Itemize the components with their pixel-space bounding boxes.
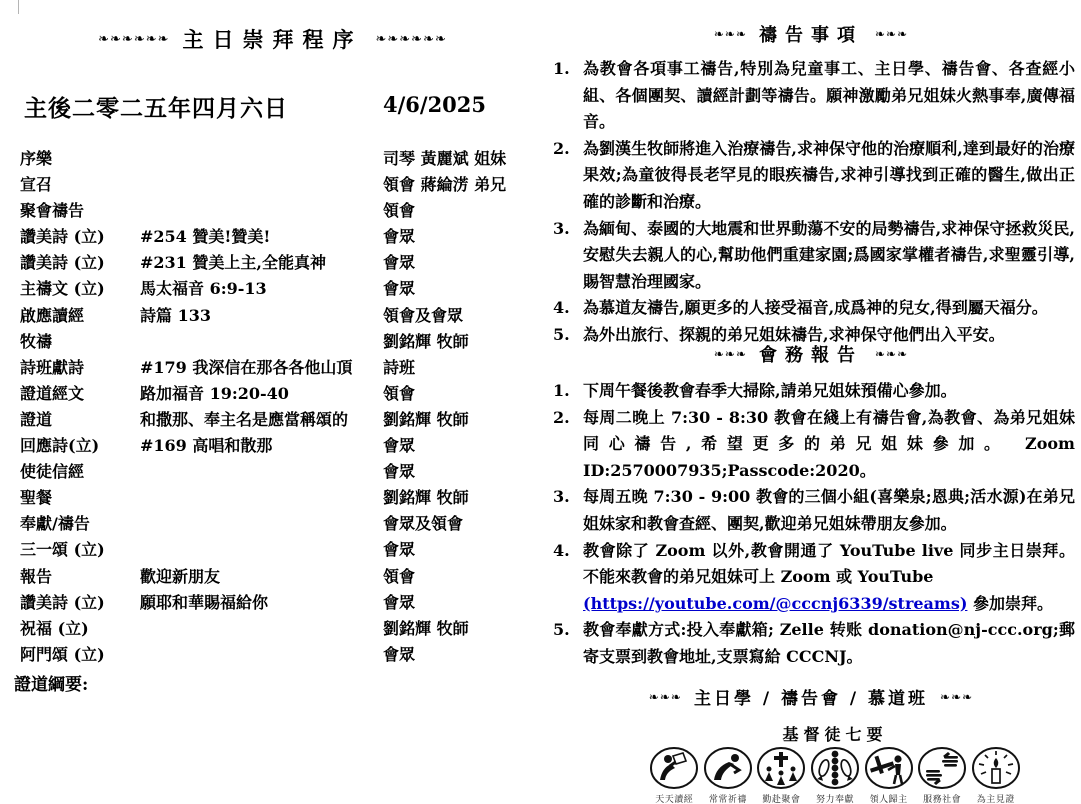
table-row: 詩班獻詩#179 我深信在那各各他山頂詩班 (20, 355, 536, 381)
program-content (140, 485, 383, 511)
program-item: 主禱文 (立) (20, 276, 140, 302)
seven-item: 努力奉獻 (810, 747, 861, 804)
prayer-item-text: 為慕道友禱告,願更多的人接受福音,成爲神的兒女,得到屬天福分。 (583, 298, 1048, 317)
program-who: 會眾 (383, 459, 536, 485)
program-who: 領會 (383, 564, 536, 590)
ornament-right: ❧❧❧ (940, 691, 973, 703)
table-row: 主禱文 (立)馬太福音 6:9-13會眾 (20, 276, 536, 302)
prayer-item-text: 為教會各項事工禱告,特別為兒童事工、主日學、禱告會、各查經小組、各個團契、讀經計… (583, 59, 1075, 131)
program-who: 司琴 黃麗斌 姐妹 (383, 146, 536, 172)
program-content: #169 高唱和散那 (140, 433, 383, 459)
program-content: 詩篇 133 (140, 303, 383, 329)
announcement-item-text: 教會奉獻方式:投入奉獻箱; Zelle 转账 donation@nj-ccc.o… (583, 620, 1075, 666)
seven-item-label: 天天讀經 (655, 792, 693, 804)
program-item: 讚美詩 (立) (20, 590, 140, 616)
seven-item-label: 服務社會 (923, 792, 961, 804)
seven-item-label: 勤赴聚會 (762, 792, 800, 804)
seven-item: 常常祈禱 (703, 747, 754, 804)
program-item: 讚美詩 (立) (20, 250, 140, 276)
program-content (140, 459, 383, 485)
table-row: 回應詩(立)#169 高唱和散那會眾 (20, 433, 536, 459)
table-row: 牧禱劉銘輝 牧師 (20, 329, 536, 355)
program-content (140, 329, 383, 355)
table-row: 祝福 (立)劉銘輝 牧師 (20, 616, 536, 642)
program-who: 會眾 (383, 590, 536, 616)
program-item: 阿門頌 (立) (20, 642, 140, 668)
table-row: 使徒信經會眾 (20, 459, 536, 485)
prayer-item: 1.為教會各項事工禱告,特別為兒童事工、主日學、禱告會、各查經小組、各個團契、讀… (547, 56, 1075, 136)
serve-society-icon (917, 747, 967, 791)
announcement-item: 1.下周午餐後教會春季大掃除,請弟兄姐妹預備心參加。 (547, 378, 1075, 405)
program-item: 報告 (20, 564, 140, 590)
announcement-item-text: 每周五晚 7:30 - 9:00 教會的三個小組(喜樂泉;恩典;活水源)在弟兄姐… (583, 487, 1075, 533)
program-content: 路加福音 19:20-40 (140, 381, 383, 407)
announcements-section-title: 會務報告 (759, 341, 863, 367)
seven-item: 勤赴聚會 (756, 747, 807, 804)
prayer-item-text: 為緬甸、泰國的大地震和世界動蕩不安的局勢禱告,求神保守拯救災民,安慰失去親人的心… (583, 219, 1075, 291)
table-row: 報告歡迎新朋友領會 (20, 564, 536, 590)
ornament-left: ❧❧❧ (714, 348, 747, 360)
item-number: 2. (553, 136, 570, 163)
prayer-item: 4.為慕道友禱告,願更多的人接受福音,成爲神的兒女,得到屬天福分。 (547, 295, 1075, 322)
announcement-item-text: 每周二晚上 7:30 - 8:30 教會在綫上有禱告會,為教會、為弟兄姐妹同心禱… (583, 408, 1075, 480)
program-content: 和撒那、奉主名是應當稱頌的 (140, 407, 383, 433)
announcement-item: 4.教會除了 Zoom 以外,教會開通了 YouTube live 同步主日崇拜… (547, 538, 1075, 618)
program-content (140, 537, 383, 563)
seven-item: 天天讀經 (649, 747, 700, 804)
ornament-right: ❧❧❧ (875, 348, 908, 360)
program-who: 領會 (383, 198, 536, 224)
announcement-item-list: 1.下周午餐後教會春季大掃除,請弟兄姐妹預備心參加。 2.每周二晚上 7:30 … (547, 378, 1075, 671)
program-content (140, 198, 383, 224)
item-number: 3. (553, 216, 570, 243)
program-item: 回應詩(立) (20, 433, 140, 459)
table-row: 聚會禱告領會 (20, 198, 536, 224)
ornament-left: ❧❧❧❧❧❧ (98, 33, 169, 46)
seven-essentials-icons: 天天讀經 常常祈禱 (649, 747, 1021, 804)
item-number: 4. (553, 538, 570, 565)
scan-artifact (18, 0, 19, 14)
program-item: 啟應讀經 (20, 303, 140, 329)
announcement-item-text: 參加崇拜。 (967, 594, 1053, 613)
seven-essentials: 基督徒七要 天天讀經 (649, 722, 1021, 804)
program-who: 會眾 (383, 537, 536, 563)
program-content (140, 146, 383, 172)
witness-candle-icon (971, 747, 1021, 791)
seven-item: 領人歸主 (863, 747, 914, 804)
program-content (140, 511, 383, 537)
prayer-section-header: ❧❧❧ 禱告事項 ❧❧❧ (545, 21, 1077, 47)
program-content (140, 172, 383, 198)
program-who: 會眾 (383, 250, 536, 276)
ornament-right: ❧❧❧ (875, 28, 908, 40)
program-who: 會眾 (383, 276, 536, 302)
table-row: 讚美詩 (立)願耶和華賜福給你會眾 (20, 590, 536, 616)
program-who: 會眾 (383, 642, 536, 668)
item-number: 5. (553, 617, 570, 644)
classes-section-header: ❧❧❧ 主日學 / 禱告會 / 慕道班 ❧❧❧ (545, 684, 1077, 709)
church-gathering-icon (756, 747, 806, 791)
program-who: 會眾 (383, 433, 536, 459)
program-item: 證道經文 (20, 381, 140, 407)
program-who: 劉銘輝 牧師 (383, 616, 536, 642)
seven-item-label: 努力奉獻 (816, 792, 854, 804)
prayer-item-text: 為劉漢生牧師將進入治療禱告,求神保守他的治療順利,達到最好的治療果效;為童彼得長… (583, 139, 1075, 211)
program-item: 證道 (20, 407, 140, 433)
worship-program-table: 序樂司琴 黃麗斌 姐妹 宣召領會 蔣綸淓 弟兄 聚會禱告領會 讚美詩 (立)#2… (20, 146, 536, 668)
announcement-item: 3.每周五晚 7:30 - 9:00 教會的三個小組(喜樂泉;恩典;活水源)在弟… (547, 484, 1075, 537)
program-who: 領會 (383, 381, 536, 407)
read-bible-icon (649, 747, 699, 791)
announcements-section-header: ❧❧❧ 會務報告 ❧❧❧ (545, 341, 1077, 367)
worship-order-header: ❧❧❧❧❧❧ 主日崇拜程序 ❧❧❧❧❧❧ (0, 24, 545, 54)
item-number: 3. (553, 484, 570, 511)
ornament-right: ❧❧❧❧❧❧ (376, 33, 447, 46)
seven-item: 為主見證 (970, 747, 1021, 804)
program-item: 三一頌 (立) (20, 537, 140, 563)
offering-icon (810, 747, 860, 791)
table-row: 讚美詩 (立)#231 贊美上主,全能真神會眾 (20, 250, 536, 276)
announcement-item-text: 下周午餐後教會春季大掃除,請弟兄姐妹預備心參加。 (583, 381, 957, 400)
table-row: 三一頌 (立)會眾 (20, 537, 536, 563)
program-who: 領會 蔣綸淓 弟兄 (383, 172, 536, 198)
program-content: #254 贊美!贊美! (140, 224, 383, 250)
date-chinese: 主後二零二五年四月六日 (24, 90, 288, 123)
table-row: 阿門頌 (立)會眾 (20, 642, 536, 668)
program-who: 劉銘輝 牧師 (383, 407, 536, 433)
table-row: 啟應讀經詩篇 133領會及會眾 (20, 303, 536, 329)
program-who: 劉銘輝 牧師 (383, 329, 536, 355)
program-content: #231 贊美上主,全能真神 (140, 250, 383, 276)
classes-section-title: 主日學 / 禱告會 / 慕道班 (694, 684, 928, 709)
seven-item-label: 常常祈禱 (709, 792, 747, 804)
program-content (140, 642, 383, 668)
program-content: 願耶和華賜福給你 (140, 590, 383, 616)
table-row: 讚美詩 (立)#254 贊美!贊美!會眾 (20, 224, 536, 250)
program-item: 聖餐 (20, 485, 140, 511)
table-row: 聖餐劉銘輝 牧師 (20, 485, 536, 511)
seven-item-label: 領人歸主 (870, 792, 908, 804)
program-item: 讚美詩 (立) (20, 224, 140, 250)
item-number: 1. (553, 378, 570, 405)
seven-item: 服務社會 (917, 747, 968, 804)
program-content (140, 616, 383, 642)
table-row: 奉獻/禱告會眾及領會 (20, 511, 536, 537)
announcement-item: 5.教會奉獻方式:投入奉獻箱; Zelle 转账 donation@nj-ccc… (547, 617, 1075, 670)
program-content: 馬太福音 6:9-13 (140, 276, 383, 302)
program-item: 使徒信經 (20, 459, 140, 485)
table-row: 證道經文路加福音 19:20-40領會 (20, 381, 536, 407)
date-numeric: 4/6/2025 (383, 92, 486, 117)
table-row: 序樂司琴 黃麗斌 姐妹 (20, 146, 536, 172)
program-content: 歡迎新朋友 (140, 564, 383, 590)
announcement-item-text: 教會除了 Zoom 以外,教會開通了 YouTube live 同步主日崇拜。不… (583, 541, 1075, 587)
prayer-icon (703, 747, 753, 791)
table-row: 宣召領會 蔣綸淓 弟兄 (20, 172, 536, 198)
seven-item-label: 為主見證 (977, 792, 1015, 804)
ornament-left: ❧❧❧ (714, 28, 747, 40)
youtube-link[interactable]: (https://youtube.com/@cccnj6339/streams) (583, 594, 967, 613)
program-who: 會眾 (383, 224, 536, 250)
lead-to-christ-icon (864, 747, 914, 791)
sermon-outline-label: 證道綱要: (14, 670, 88, 695)
prayer-item-list: 1.為教會各項事工禱告,特別為兒童事工、主日學、禱告會、各查經小組、各個團契、讀… (547, 56, 1075, 349)
program-item: 奉獻/禱告 (20, 511, 140, 537)
program-item: 牧禱 (20, 329, 140, 355)
program-item: 序樂 (20, 146, 140, 172)
prayer-section-title: 禱告事項 (759, 21, 863, 47)
right-column: ❧❧❧ 禱告事項 ❧❧❧ 1.為教會各項事工禱告,特別為兒童事工、主日學、禱告會… (545, 0, 1077, 804)
program-item: 祝福 (立) (20, 616, 140, 642)
program-who: 領會及會眾 (383, 303, 536, 329)
prayer-item: 3.為緬甸、泰國的大地震和世界動蕩不安的局勢禱告,求神保守拯救災民,安慰失去親人… (547, 216, 1075, 296)
program-who: 詩班 (383, 355, 536, 381)
table-row: 證道和撒那、奉主名是應當稱頌的劉銘輝 牧師 (20, 407, 536, 433)
program-item: 聚會禱告 (20, 198, 140, 224)
item-number: 2. (553, 405, 570, 432)
program-content: #179 我深信在那各各他山頂 (140, 355, 383, 381)
item-number: 1. (553, 56, 570, 83)
seven-essentials-title: 基督徒七要 (649, 722, 1021, 745)
program-item: 詩班獻詩 (20, 355, 140, 381)
announcement-item: 2.每周二晚上 7:30 - 8:30 教會在綫上有禱告會,為教會、為弟兄姐妹同… (547, 405, 1075, 485)
page-title: 主日崇拜程序 (183, 24, 363, 54)
bulletin-page: ❧❧❧❧❧❧ 主日崇拜程序 ❧❧❧❧❧❧ 主後二零二五年四月六日 4/6/202… (0, 0, 1081, 804)
ornament-left: ❧❧❧ (649, 691, 682, 703)
program-who: 會眾及領會 (383, 511, 536, 537)
prayer-item: 2.為劉漢生牧師將進入治療禱告,求神保守他的治療順利,達到最好的治療果效;為童彼… (547, 136, 1075, 216)
item-number: 4. (553, 295, 570, 322)
program-who: 劉銘輝 牧師 (383, 485, 536, 511)
program-item: 宣召 (20, 172, 140, 198)
